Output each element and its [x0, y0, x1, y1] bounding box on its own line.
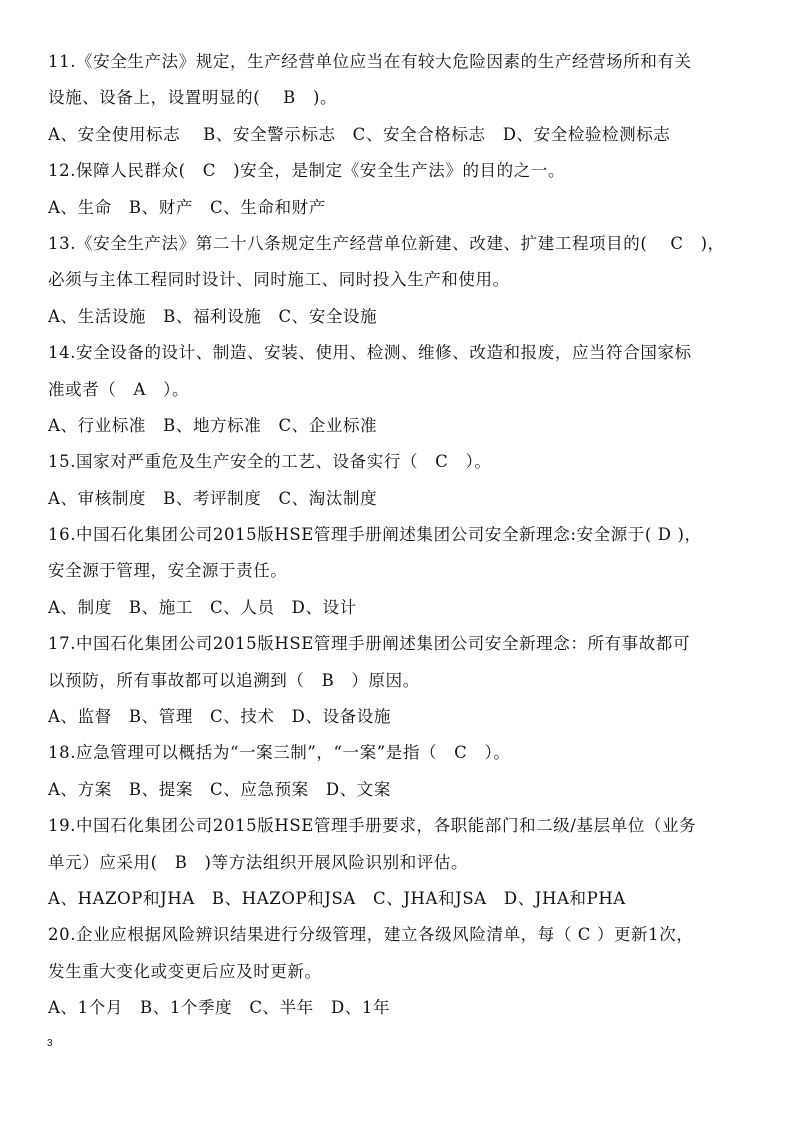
q19-line2: 单元）应采用( B )等方法组织开展风险识别和评估。	[48, 845, 748, 881]
q11-line2: 设施、设备上，设置明显的( B )。	[48, 80, 748, 116]
q12-options: A、生命 B、财产 C、生命和财产	[48, 190, 748, 226]
q14-line2: 准或者（ A ）。	[48, 372, 748, 408]
q19-line1: 19.中国石化集团公司2015版HSE管理手册要求，各职能部门和二级/基层单位（…	[48, 808, 748, 844]
q14-line1: 14.安全设备的设计、制造、安装、使用、检测、维修、改造和报废，应当符合国家标	[48, 335, 748, 371]
q20-options: A、1个月 B、1个季度 C、半年 D、1年	[48, 990, 748, 1026]
q13-options: A、生活设施 B、福利设施 C、安全设施	[48, 299, 748, 335]
q18-line1: 18.应急管理可以概括为“一案三制”，“一案”是指（ C ）。	[48, 735, 748, 771]
q13-line1: 13.《安全生产法》第二十八条规定生产经营单位新建、改建、扩建工程项目的( C …	[48, 226, 748, 262]
q16-line2: 安全源于管理，安全源于责任。	[48, 553, 748, 589]
q19-options: A、HAZOP和JHA B、HAZOP和JSA C、JHA和JSA D、JHA和…	[48, 881, 748, 917]
q13-line2: 必须与主体工程同时设计、同时施工、同时投入生产和使用。	[48, 262, 748, 298]
q17-line2: 以预防，所有事故都可以追溯到（ B ）原因。	[48, 663, 748, 699]
q16-options: A、制度 B、施工 C、人员 D、设计	[48, 590, 748, 626]
q18-options: A、方案 B、提案 C、应急预案 D、文案	[48, 772, 748, 808]
q16-line1: 16.中国石化集团公司2015版HSE管理手册阐述集团公司安全新理念:安全源于(…	[48, 517, 748, 553]
q20-line1: 20.企业应根据风险辨识结果进行分级管理，建立各级风险清单，每（ C ）更新1次…	[48, 917, 748, 953]
q11-line1: 11.《安全生产法》规定，生产经营单位应当在有较大危险因素的生产经营场所和有关	[48, 44, 748, 80]
q20-line2: 发生重大变化或变更后应及时更新。	[48, 954, 748, 990]
document-page: 11.《安全生产法》规定，生产经营单位应当在有较大危险因素的生产经营场所和有关 …	[48, 44, 748, 1027]
q15-line1: 15.国家对严重危及生产安全的工艺、设备实行（ C ）。	[48, 444, 748, 480]
q14-options: A、行业标准 B、地方标准 C、企业标准	[48, 408, 748, 444]
q17-options: A、监督 B、管理 C、技术 D、设备设施	[48, 699, 748, 735]
q12-line1: 12.保障人民群众( C )安全，是制定《安全生产法》的目的之一。	[48, 153, 748, 189]
page-number: 3	[47, 1038, 53, 1049]
q11-options: A、安全使用标志 B、安全警示标志 C、安全合格标志 D、安全检验检测标志	[48, 117, 748, 153]
q17-line1: 17.中国石化集团公司2015版HSE管理手册阐述集团公司安全新理念：所有事故都…	[48, 626, 748, 662]
q15-options: A、审核制度 B、考评制度 C、淘汰制度	[48, 481, 748, 517]
